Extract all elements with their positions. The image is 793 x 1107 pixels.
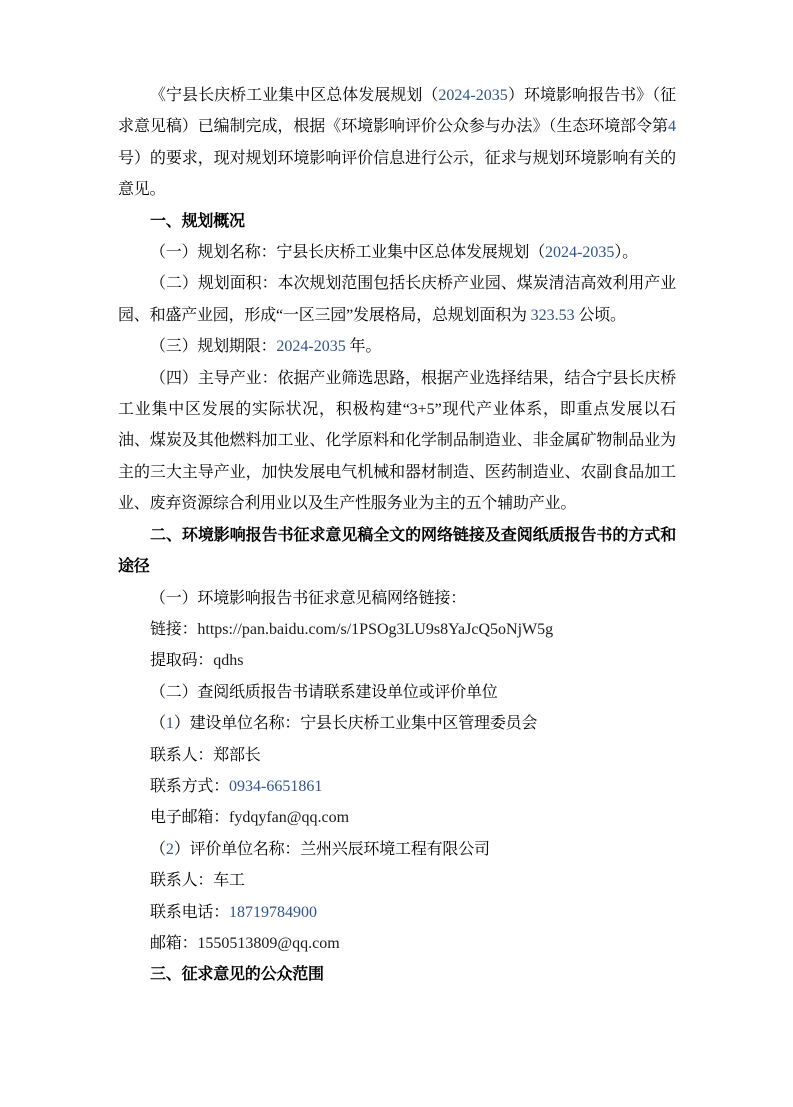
paragraph: 电子邮箱：fydqyfan@qq.com [118, 802, 676, 833]
paragraph: 联系人：郑部长 [118, 740, 676, 771]
paragraph: （2）评价单位名称：兰州兴辰环境工程有限公司 [118, 834, 676, 865]
text-run: ）。 [614, 244, 638, 261]
text-run: 电子邮箱： [150, 809, 229, 826]
paragraph: （二）规划面积：本次规划范围包括长庆桥产业园、煤炭清洁高效利用产业园、和盛产业园… [118, 268, 676, 331]
section-heading: 一、规划概况 [118, 206, 676, 237]
paragraph: （二）查阅纸质报告书请联系建设单位或评价单位 [118, 677, 676, 708]
paragraph: 提取码：qdhs [118, 645, 676, 676]
latin-run: fydqyfan@qq.com [229, 809, 349, 826]
number-run: 0934-6651861 [229, 778, 322, 795]
document-page: 《宁县长庆桥工业集中区总体发展规划（2024-2035）环境影响报告书》（征求意… [0, 0, 793, 1107]
paragraph: （一）环境影响报告书征求意见稿网络链接： [118, 583, 676, 614]
paragraph: 链接：https://pan.baidu.com/s/1PSOg3LU9s8Ya… [118, 614, 676, 645]
paragraph: 联系方式：0934-6651861 [118, 771, 676, 802]
document-body: 《宁县长庆桥工业集中区总体发展规划（2024-2035）环境影响报告书》（征求意… [118, 80, 676, 991]
paragraph: （三）规划期限：2024-2035 年。 [118, 331, 676, 362]
number-run: 2 [166, 841, 174, 858]
text-run: 联系人：车工 [150, 872, 245, 889]
text-run: ）建设单位名称：宁县长庆桥工业集中区管理委员会 [174, 715, 537, 732]
text-run: 年。 [346, 338, 381, 355]
text-run: 联系人：郑部长 [150, 747, 261, 764]
paragraph: 联系人：车工 [118, 865, 676, 896]
text-run: （ [150, 715, 166, 732]
text-run: 《宁县长庆桥工业集中区总体发展规划（ [150, 87, 438, 104]
paragraph: （1）建设单位名称：宁县长庆桥工业集中区管理委员会 [118, 708, 676, 739]
latin-run: qdhs [213, 652, 243, 669]
paragraph: 《宁县长庆桥工业集中区总体发展规划（2024-2035）环境影响报告书》（征求意… [118, 80, 676, 206]
number-run: 18719784900 [229, 904, 317, 921]
text-run: 联系电话： [150, 904, 229, 921]
number-run: 323.53 [531, 307, 575, 324]
text-run: ）评价单位名称：兰州兴辰环境工程有限公司 [174, 841, 490, 858]
text-run: 三、征求意见的公众范围 [150, 966, 324, 983]
number-run: 2024-2035 [545, 244, 614, 261]
latin-run: 3+5 [410, 401, 435, 418]
section-heading: 三、征求意见的公众范围 [118, 959, 676, 990]
text-run: 二、环境影响报告书征求意见稿全文的网络链接及查阅纸质报告书的方式和途径 [118, 527, 676, 575]
text-run: 提取码： [150, 652, 213, 669]
number-run: 4 [668, 118, 676, 135]
latin-run: https://pan.baidu.com/s/1PSOg3LU9s8YaJcQ… [197, 621, 553, 638]
text-run: （一）环境影响报告书征求意见稿网络链接： [150, 590, 466, 607]
section-heading: 二、环境影响报告书征求意见稿全文的网络链接及查阅纸质报告书的方式和途径 [118, 520, 676, 583]
number-run: 2024-2035 [276, 338, 345, 355]
paragraph: 邮箱：1550513809@qq.com [118, 928, 676, 959]
paragraph: （四）主导产业：依据产业筛选思路，根据产业选择结果，结合宁县长庆桥工业集中区发展… [118, 363, 676, 520]
text-run: 联系方式： [150, 778, 229, 795]
text-run: （一）规划名称：宁县长庆桥工业集中区总体发展规划（ [150, 244, 545, 261]
text-run: 邮箱： [150, 935, 197, 952]
number-run: 1 [166, 715, 174, 732]
text-run: （三）规划期限： [150, 338, 276, 355]
text-run: （ [150, 841, 166, 858]
text-run: 一、规划概况 [150, 213, 245, 230]
paragraph: 联系电话：18719784900 [118, 897, 676, 928]
text-run: 公顷。 [575, 307, 626, 324]
latin-run: 1550513809@qq.com [197, 935, 339, 952]
text-run: （二）查阅纸质报告书请联系建设单位或评价单位 [150, 684, 498, 701]
text-run: 链接： [150, 621, 197, 638]
paragraph: （一）规划名称：宁县长庆桥工业集中区总体发展规划（2024-2035）。 [118, 237, 676, 268]
number-run: 2024-2035 [438, 87, 507, 104]
